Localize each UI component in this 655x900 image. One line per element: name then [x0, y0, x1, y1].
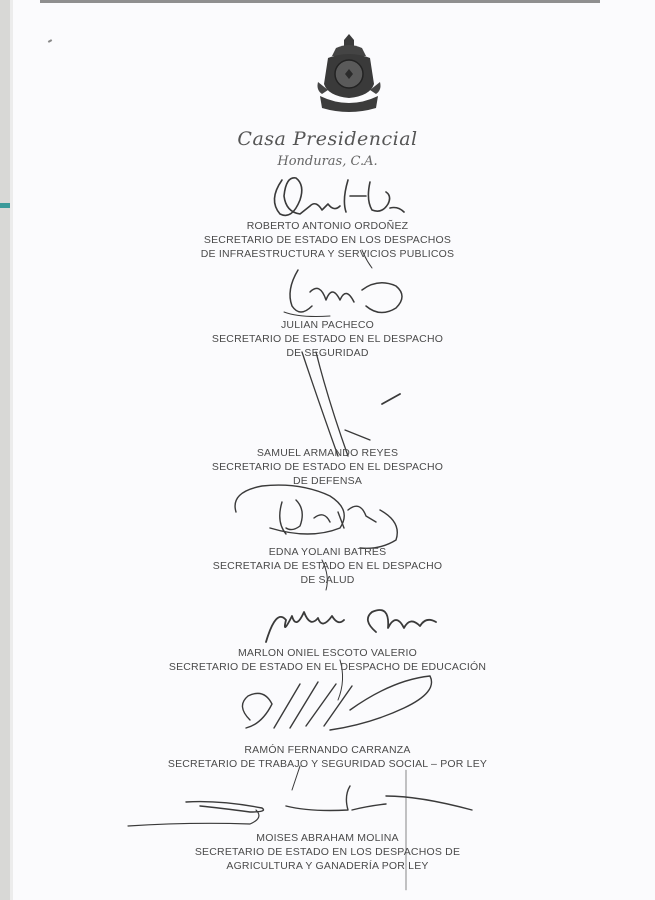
signatory-title: DE DEFENSA: [0, 474, 655, 488]
scan-mark: [0, 203, 10, 208]
signatory-block: EDNA YOLANI BATRES SECRETARIA DE ESTADO …: [0, 545, 655, 587]
signatory-block: SAMUEL ARMANDO REYES SECRETARIO DE ESTAD…: [0, 446, 655, 488]
signatory-block: RAMÓN FERNANDO CARRANZA SECRETARIO DE TR…: [0, 743, 655, 771]
signatory-title: SECRETARIO DE ESTADO EN LOS DESPACHOS: [0, 233, 655, 247]
signatory-name: SAMUEL ARMANDO REYES: [0, 446, 655, 460]
signatory-title: DE SEGURIDAD: [0, 346, 655, 360]
signatory-block: MARLON ONIEL ESCOTO VALERIO SECRETARIO D…: [0, 646, 655, 674]
signatory-block: MOISES ABRAHAM MOLINA SECRETARIO DE ESTA…: [0, 831, 655, 873]
header-subtitle: Honduras, C.A.: [0, 154, 655, 169]
signatory-title: SECRETARIO DE ESTADO EN EL DESPACHO: [0, 332, 655, 346]
scan-speck: [48, 39, 52, 43]
signature-pacheco: [284, 270, 402, 317]
page-top-edge: [40, 0, 600, 3]
signatory-title: DE SALUD: [0, 573, 655, 587]
signatory-block: JULIAN PACHECO SECRETARIO DE ESTADO EN E…: [0, 318, 655, 360]
signatory-name: RAMÓN FERNANDO CARRANZA: [0, 743, 655, 757]
signatory-name: EDNA YOLANI BATRES: [0, 545, 655, 559]
signatory-name: MARLON ONIEL ESCOTO VALERIO: [0, 646, 655, 660]
signatory-name: MOISES ABRAHAM MOLINA: [0, 831, 655, 845]
signatory-block: ROBERTO ANTONIO ORDOÑEZ SECRETARIO DE ES…: [0, 219, 655, 261]
coat-of-arms-icon: [314, 32, 384, 114]
signatory-title: SECRETARIA DE ESTADO EN EL DESPACHO: [0, 559, 655, 573]
signatory-title: SECRETARIO DE ESTADO EN EL DESPACHO DE E…: [0, 660, 655, 674]
header-title: Casa Presidencial: [0, 128, 655, 150]
signature-carranza: [242, 676, 431, 790]
signatory-title: SECRETARIO DE TRABAJO Y SEGURIDAD SOCIAL…: [0, 757, 655, 771]
signatory-name: JULIAN PACHECO: [0, 318, 655, 332]
signatory-title: AGRICULTURA Y GANADERÍA POR LEY: [0, 859, 655, 873]
signature-reyes: [302, 352, 400, 456]
signatory-title: SECRETARIO DE ESTADO EN EL DESPACHO: [0, 460, 655, 474]
signatory-title: SECRETARIO DE ESTADO EN LOS DESPACHOS DE: [0, 845, 655, 859]
signatory-name: ROBERTO ANTONIO ORDOÑEZ: [0, 219, 655, 233]
signatory-title: DE INFRAESTRUCTURA Y SERVICIOS PUBLICOS: [0, 247, 655, 261]
